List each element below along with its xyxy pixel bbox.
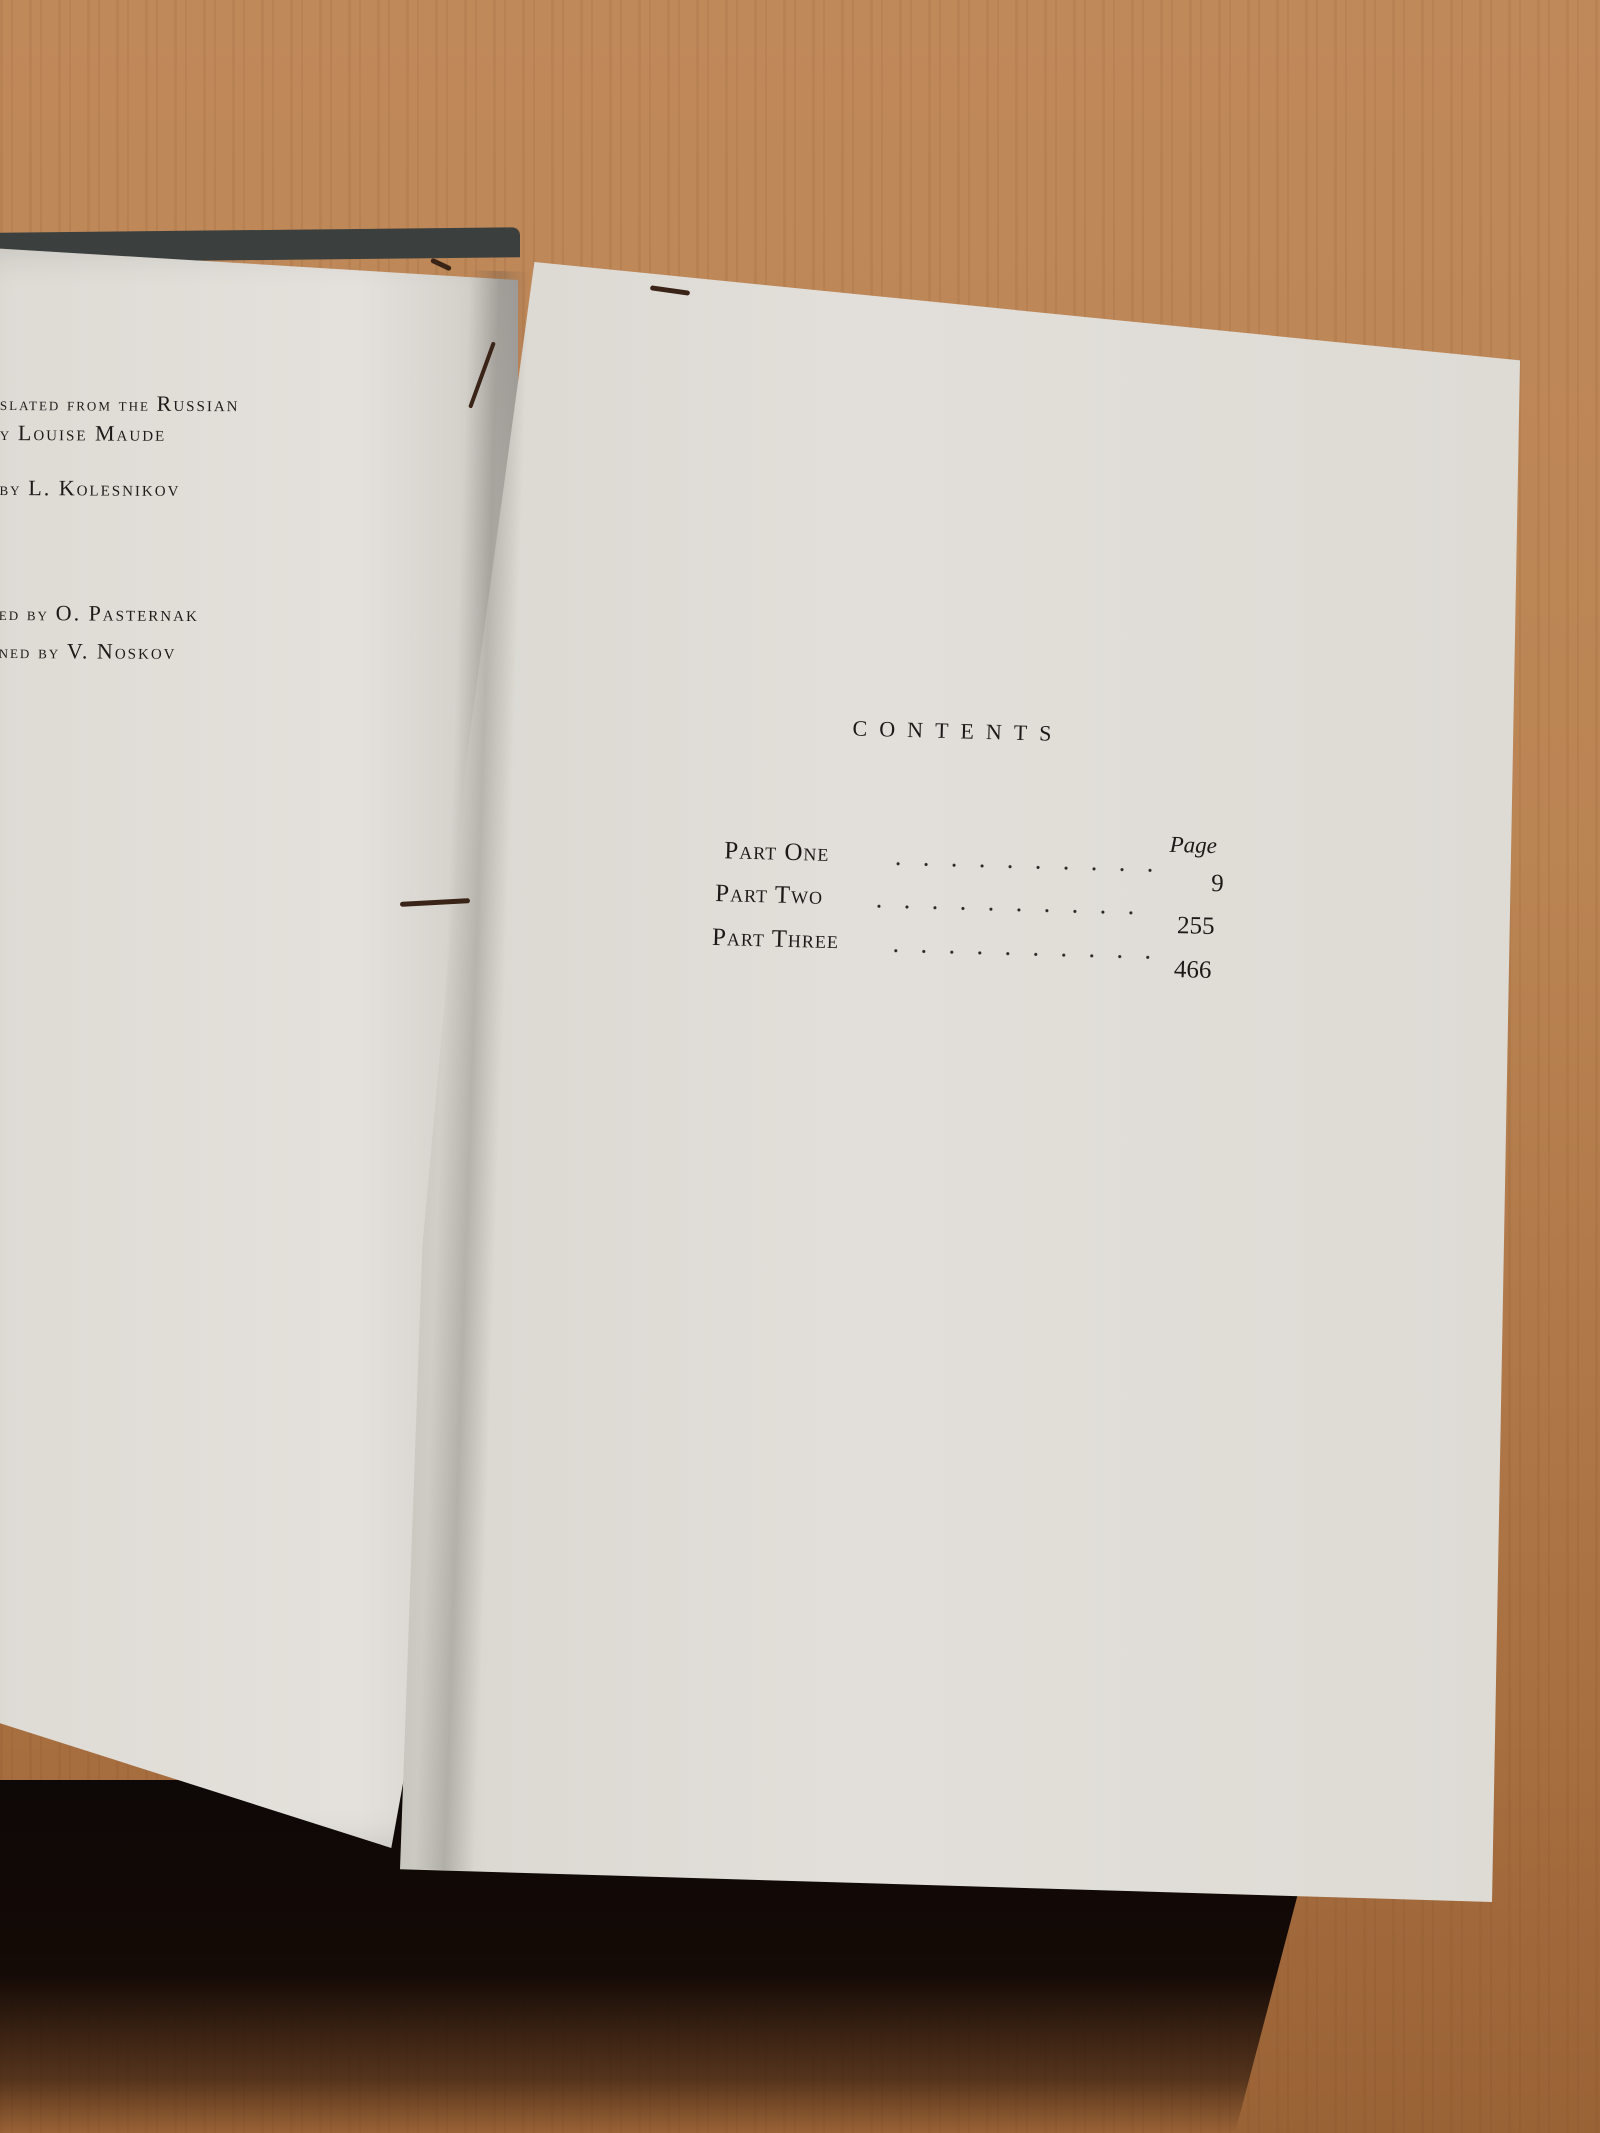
credit-translator-line: slated from the Russian [0,390,240,417]
credit-name: O. Pasternak [56,600,199,626]
credit-illustrator-line: ed by O. Pasternak [0,600,199,627]
toc-entry-title: Part One [724,837,830,868]
contents-heading: CONTENTS [852,716,1063,748]
toc-entry-page: 466 [1174,956,1212,985]
credit-prefix: ed by [0,604,49,625]
credit-prefix: by [0,479,22,500]
toc-entry-title: Part Two [715,880,824,911]
leader-dots [884,861,1164,872]
leader-dots [865,904,1155,916]
credit-name: Louise Maude [18,420,166,446]
credit-name: L. Kolesnikov [28,475,180,501]
credit-prefix: ned by [0,642,60,663]
credit-editor-line: by L. Kolesnikov [0,475,181,502]
toc-entry-title: Part Three [712,924,840,955]
credit-name: V. Noskov [67,638,177,664]
right-page [400,262,1520,1902]
credit-prefix: y [0,424,11,445]
leader-dots [882,948,1152,959]
credit-prefix: slated from the [0,394,150,416]
credit-translator-name-line: y Louise Maude [0,420,166,447]
credit-name: Russian [157,391,240,416]
credit-designer-line: ned by V. Noskov [0,638,177,665]
